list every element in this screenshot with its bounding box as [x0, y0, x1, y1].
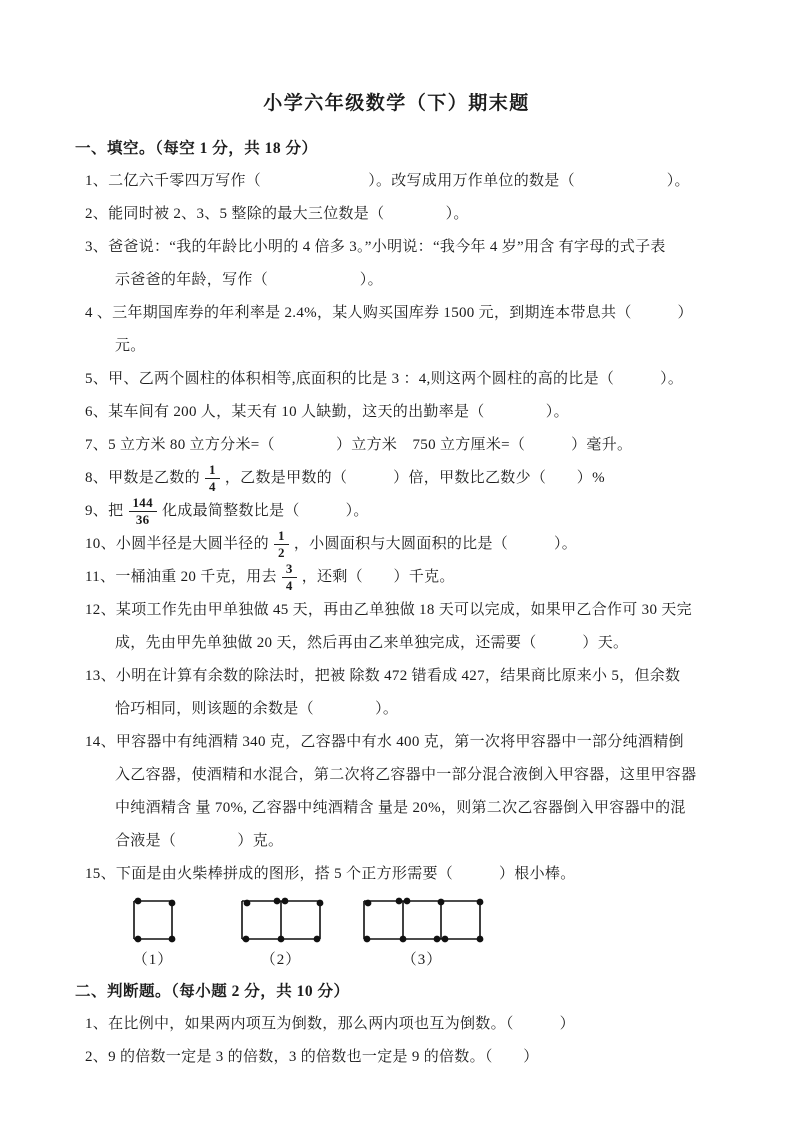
- exam-page: 小学六年级数学（下）期末题 一、填空。（每空 1 分，共 18 分） 1、二亿六…: [0, 0, 793, 1122]
- fill-question-2: 2、能同时被 2、3、5 整除的最大三位数是（ ）。: [85, 198, 755, 231]
- fill-question-15: 15、下面是由火柴棒拼成的图形，搭 5 个正方形需要（ ）根小棒。: [85, 858, 755, 891]
- fill-question-11: 11、一桶油重 20 千克，用去34，还剩（ ）千克。: [85, 561, 755, 594]
- fraction-numerator: 144: [129, 496, 157, 512]
- question-text-pre: 10、小圆半径是大圆半径的: [85, 536, 269, 552]
- fraction-denominator: 4: [282, 578, 297, 593]
- fill-question-7: 7、5 立方米 80 立方分米=（ ）立方米 750 立方厘米=（ ）毫升。: [85, 429, 755, 462]
- fraction-1-2: 12: [274, 529, 289, 559]
- fraction-denominator: 4: [205, 479, 220, 494]
- fill-question-6: 6、某车间有 200 人，某天有 10 人缺勤，这天的出勤率是（ ）。: [85, 396, 755, 429]
- figure-3-label: （3）: [360, 950, 484, 970]
- question-text-post: ，还剩（ ）千克。: [302, 569, 455, 585]
- fill-question-4: 4 、三年期国库券的年利率是 2.4%，某人购买国库券 1500 元，到期连本带…: [85, 297, 755, 363]
- fill-question-13: 13、小明在计算有余数的除法时，把被 除数 472 错看成 427，结果商比原来…: [85, 660, 755, 726]
- three-squares-diagram: [360, 895, 484, 945]
- question-text-post: ，乙数是甲数的（ ）倍，甲数比乙数少（ ）%: [225, 470, 605, 486]
- fraction-denominator: 36: [129, 512, 157, 527]
- page-content: 一、填空。（每空 1 分，共 18 分） 1、二亿六千零四万写作（ ）。改写成用…: [0, 118, 793, 1074]
- section-judge-heading: 二、判断题。（每小题 2 分，共 10 分）: [75, 975, 755, 1008]
- matchstick-figure-3: （3）: [360, 895, 484, 970]
- figure-1-label: （1）: [130, 950, 176, 970]
- fraction-144-36: 14436: [129, 496, 157, 526]
- matchstick-figure-1: （1）: [130, 895, 176, 970]
- figure-2-label: （2）: [238, 950, 324, 970]
- fraction-numerator: 1: [205, 463, 220, 479]
- matchstick-figures: （1） （2）: [85, 895, 755, 970]
- fraction-3-4: 34: [282, 562, 297, 592]
- question-text-post: 化成最简整数比是（ ）。: [162, 503, 369, 519]
- fraction-numerator: 1: [274, 529, 289, 545]
- fraction-numerator: 3: [282, 562, 297, 578]
- fill-question-1: 1、二亿六千零四万写作（ ）。改写成用万作单位的数是（ ）。: [85, 165, 755, 198]
- question-text-pre: 8、甲数是乙数的: [85, 470, 200, 486]
- question-text-pre: 9、把: [85, 503, 123, 519]
- fraction-denominator: 2: [274, 545, 289, 560]
- judge-question-1: 1、在比例中，如果两内项互为倒数，那么两内项也互为倒数。（ ）: [85, 1008, 755, 1041]
- section-fill-heading: 一、填空。（每空 1 分，共 18 分）: [75, 132, 755, 165]
- question-text-pre: 11、一桶油重 20 千克，用去: [85, 569, 277, 585]
- page-title: 小学六年级数学（下）期末题: [0, 0, 793, 118]
- fill-question-8: 8、甲数是乙数的14，乙数是甲数的（ ）倍，甲数比乙数少（ ）%: [85, 462, 755, 495]
- fill-question-5: 5、甲、乙两个圆柱的体积相等,底面积的比是 3 ：4,则这两个圆柱的高的比是（ …: [85, 363, 755, 396]
- fill-question-3: 3、爸爸说：“我的年龄比小明的 4 倍多 3。”小明说：“我今年 4 岁”用含 …: [85, 231, 755, 297]
- fraction-1-4: 14: [205, 463, 220, 493]
- matchstick-figure-2: （2）: [238, 895, 324, 970]
- fill-question-9: 9、把14436化成最简整数比是（ ）。: [85, 495, 755, 528]
- fill-question-14: 14、甲容器中有纯酒精 340 克，乙容器中有水 400 克，第一次将甲容器中一…: [85, 726, 755, 858]
- question-text-post: ，小圆面积与大圆面积的比是（ ）。: [294, 536, 577, 552]
- fill-question-12: 12、某项工作先由甲单独做 45 天，再由乙单独做 18 天可以完成，如果甲乙合…: [85, 594, 755, 660]
- two-squares-diagram: [238, 895, 324, 945]
- fill-question-10: 10、小圆半径是大圆半径的12，小圆面积与大圆面积的比是（ ）。: [85, 528, 755, 561]
- judge-question-2: 2、9 的倍数一定是 3 的倍数，3 的倍数也一定是 9 的倍数。（ ）: [85, 1041, 755, 1074]
- one-square-diagram: [130, 895, 176, 945]
